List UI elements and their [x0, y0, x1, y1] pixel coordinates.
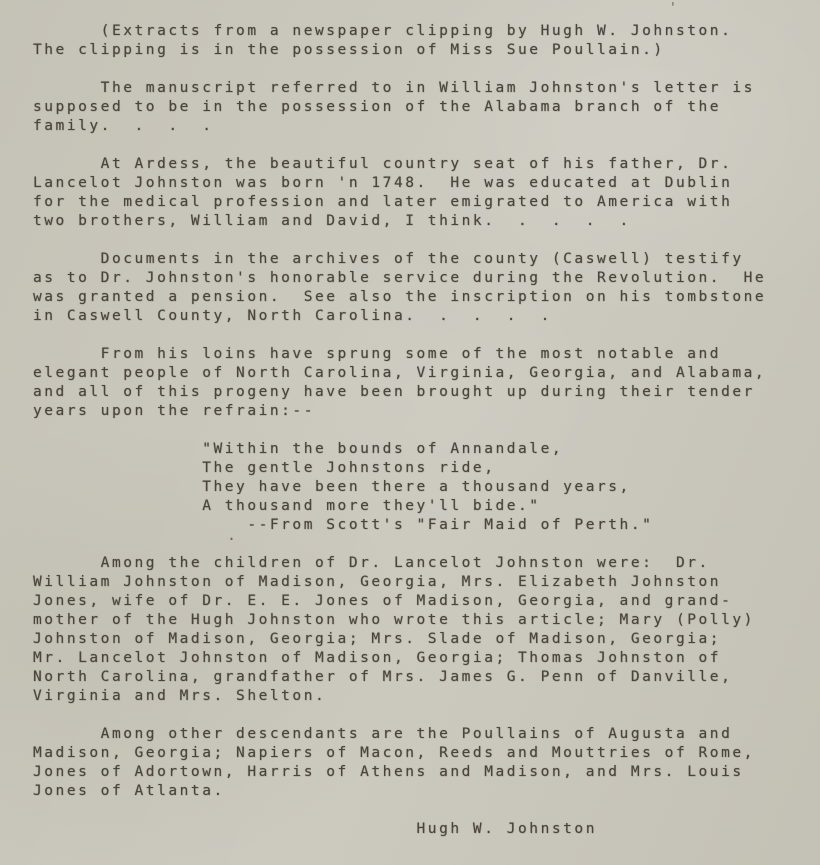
text-line: William Johnston of Madison, Georgia, Mr… [33, 573, 766, 592]
paragraph-intro: (Extracts from a newspaper clipping by H… [33, 22, 766, 60]
paragraph-loins: From his loins have sprung some of the m… [33, 345, 766, 421]
text-line: Jones of Adortown, Harris of Athens and … [33, 763, 766, 782]
text-line: as to Dr. Johnston's honorable service d… [33, 269, 766, 288]
text-line: Among other descendants are the Poullain… [33, 725, 766, 744]
text-line: From his loins have sprung some of the m… [33, 345, 766, 364]
text-line: North Carolina, grandfather of Mrs. Jame… [33, 668, 766, 687]
text-line: two brothers, William and David, I think… [33, 212, 766, 231]
paragraph-manuscript: The manuscript referred to in William Jo… [33, 79, 766, 136]
text-line: years upon the refrain:-- [33, 402, 766, 421]
signature-line: Hugh W. Johnston [33, 820, 766, 839]
text-line: Lancelot Johnston was born 'n 1748. He w… [33, 174, 766, 193]
text-line: Jones, wife of Dr. E. E. Jones of Madiso… [33, 592, 766, 611]
text-line: Madison, Georgia; Napiers of Macon, Reed… [33, 744, 766, 763]
text-line: was granted a pension. See also the insc… [33, 288, 766, 307]
text-line: Documents in the archives of the county … [33, 250, 766, 269]
poem-quote: "Within the bounds of Annandale, The gen… [33, 440, 766, 535]
text-line: Among the children of Dr. Lancelot Johns… [33, 554, 766, 573]
text-line: for the medical profession and later emi… [33, 193, 766, 212]
text-line: At Ardess, the beautiful country seat of… [33, 155, 766, 174]
poem-line: A thousand more they'll bide." [33, 497, 766, 516]
paragraph-ardess: At Ardess, the beautiful country seat of… [33, 155, 766, 231]
text-line: Johnston of Madison, Georgia; Mrs. Slade… [33, 630, 766, 649]
poem-line: They have been there a thousand years, [33, 478, 766, 497]
signature-block: Hugh W. Johnston [33, 820, 766, 839]
text-line: elegant people of North Carolina, Virgin… [33, 364, 766, 383]
text-line: in Caswell County, North Carolina. . . .… [33, 307, 766, 326]
text-line: supposed to be in the possession of the … [33, 98, 766, 117]
text-line: The clipping is in the possession of Mis… [33, 41, 766, 60]
text-line: (Extracts from a newspaper clipping by H… [33, 22, 766, 41]
text-line: mother of the Hugh Johnston who wrote th… [33, 611, 766, 630]
text-line: and all of this progeny have been brough… [33, 383, 766, 402]
poem-line: The gentle Johnstons ride, [33, 459, 766, 478]
paragraph-descendants: Among other descendants are the Poullain… [33, 725, 766, 801]
poem-line: "Within the bounds of Annandale, [33, 440, 766, 459]
text-line: The manuscript referred to in William Jo… [33, 79, 766, 98]
text-line: Virginia and Mrs. Shelton. [33, 687, 766, 706]
poem-attribution: --From Scott's "Fair Maid of Perth." [33, 516, 766, 535]
document-text: (Extracts from a newspaper clipping by H… [33, 22, 766, 858]
text-line: Mr. Lancelot Johnston of Madison, Georgi… [33, 649, 766, 668]
scanned-document-page: ' . (Extracts from a newspaper clipping … [0, 0, 820, 865]
paragraph-documents: Documents in the archives of the county … [33, 250, 766, 326]
paragraph-children: Among the children of Dr. Lancelot Johns… [33, 554, 766, 706]
text-line: Jones of Atlanta. [33, 782, 766, 801]
text-line: family. . . . [33, 117, 766, 136]
stray-ink-mark: ' [669, 1, 677, 16]
